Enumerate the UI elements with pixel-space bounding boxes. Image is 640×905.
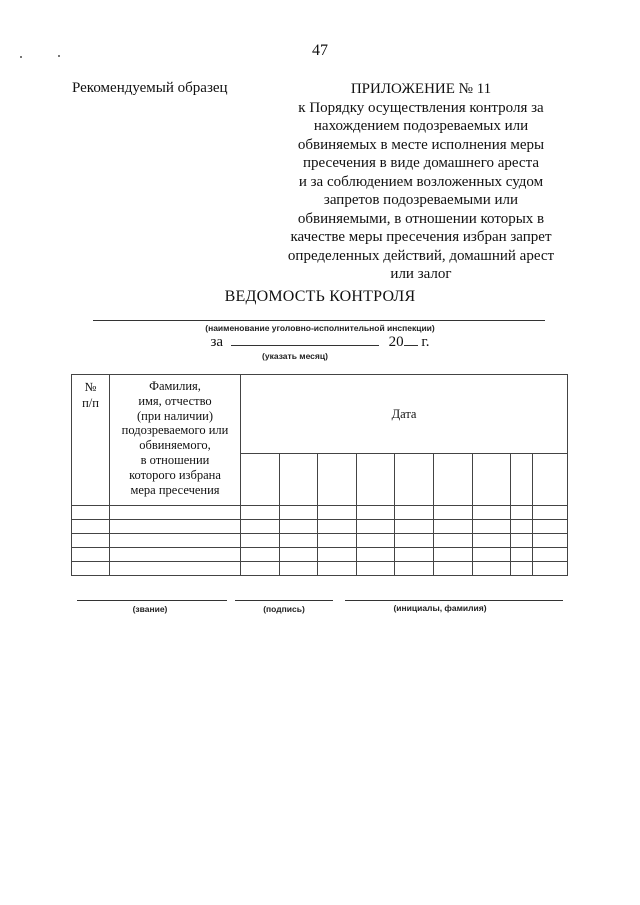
- date-cell[interactable]: [511, 520, 533, 534]
- date-cell[interactable]: [511, 562, 533, 576]
- date-cell[interactable]: [241, 548, 280, 562]
- table-row: [72, 534, 568, 548]
- form-title: ВЕДОМОСТЬ КОНТРОЛЯ: [0, 288, 640, 306]
- date-subcolumn[interactable]: [241, 454, 280, 506]
- appendix-line: к Порядку осуществления контроля за: [262, 99, 580, 118]
- date-cell[interactable]: [318, 534, 357, 548]
- date-cell[interactable]: [395, 506, 434, 520]
- header-full-name: Фамилия, имя, отчество (при наличии) под…: [110, 375, 241, 506]
- date-cell[interactable]: [473, 506, 511, 520]
- date-cell[interactable]: [357, 506, 395, 520]
- date-subcolumn[interactable]: [395, 454, 434, 506]
- month-caption: (указать месяц): [230, 351, 360, 361]
- year-suffix: г.: [421, 334, 429, 350]
- date-cell[interactable]: [318, 548, 357, 562]
- date-cell[interactable]: [318, 506, 357, 520]
- date-subcolumn[interactable]: [473, 454, 511, 506]
- date-cell[interactable]: [280, 562, 318, 576]
- signature-field[interactable]: [235, 600, 333, 601]
- date-subcolumn[interactable]: [434, 454, 473, 506]
- header-date: Дата: [241, 375, 568, 454]
- date-cell[interactable]: [533, 534, 568, 548]
- date-cell[interactable]: [241, 562, 280, 576]
- header-name-line: подозреваемого или: [110, 423, 240, 438]
- date-cell[interactable]: [357, 562, 395, 576]
- rank-field[interactable]: [77, 600, 227, 601]
- header-name-line: которого избрана: [110, 468, 240, 483]
- full-name-cell[interactable]: [110, 534, 241, 548]
- date-cell[interactable]: [357, 548, 395, 562]
- date-cell[interactable]: [357, 520, 395, 534]
- header-name-line: имя, отчество: [110, 394, 240, 409]
- full-name-cell[interactable]: [110, 562, 241, 576]
- date-subcolumn[interactable]: [533, 454, 568, 506]
- appendix-line: и за соблюдением возложенных судом: [262, 173, 580, 192]
- date-cell[interactable]: [318, 520, 357, 534]
- date-cell[interactable]: [434, 548, 473, 562]
- row-number-cell[interactable]: [72, 506, 110, 520]
- rank-caption: (звание): [100, 604, 200, 614]
- control-table: № п/п Фамилия, имя, отчество (при наличи…: [71, 374, 568, 576]
- period-prefix: за: [210, 334, 223, 350]
- full-name-cell[interactable]: [110, 548, 241, 562]
- header-name-line: в отношении: [110, 453, 240, 468]
- inspection-name-caption: (наименование уголовно-исполнительной ин…: [0, 323, 640, 333]
- signature-caption: (подпись): [234, 604, 334, 614]
- header-name-line: обвиняемого,: [110, 438, 240, 453]
- date-cell[interactable]: [533, 562, 568, 576]
- appendix-heading: ПРИЛОЖЕНИЕ № 11: [262, 80, 580, 99]
- date-cell[interactable]: [280, 548, 318, 562]
- date-cell[interactable]: [434, 520, 473, 534]
- appendix-line: нахождением подозреваемых или: [262, 117, 580, 136]
- year-field[interactable]: [404, 345, 418, 346]
- date-cell[interactable]: [473, 562, 511, 576]
- date-cell[interactable]: [511, 548, 533, 562]
- row-number-cell[interactable]: [72, 534, 110, 548]
- table-row: [72, 520, 568, 534]
- date-cell[interactable]: [434, 534, 473, 548]
- date-cell[interactable]: [511, 534, 533, 548]
- date-cell[interactable]: [473, 520, 511, 534]
- recommended-sample-label: Рекомендуемый образец: [72, 80, 228, 97]
- full-name-cell[interactable]: [110, 506, 241, 520]
- date-cell[interactable]: [241, 520, 280, 534]
- table-row: [72, 506, 568, 520]
- date-cell[interactable]: [395, 548, 434, 562]
- appendix-line: запретов подозреваемыми или: [262, 191, 580, 210]
- row-number-cell[interactable]: [72, 548, 110, 562]
- date-cell[interactable]: [357, 534, 395, 548]
- date-subcolumn[interactable]: [280, 454, 318, 506]
- date-cell[interactable]: [533, 548, 568, 562]
- inspection-name-field[interactable]: [93, 320, 545, 321]
- date-cell[interactable]: [280, 520, 318, 534]
- header-name-line: (при наличии): [110, 409, 240, 424]
- date-cell[interactable]: [280, 534, 318, 548]
- period-row: за 20 г.: [0, 334, 640, 351]
- header-name-line: Фамилия,: [110, 379, 240, 394]
- appendix-line: пресечения в виде домашнего ареста: [262, 154, 580, 173]
- appendix-line: обвиняемыми, в отношении которых в: [262, 210, 580, 229]
- table-row: [72, 562, 568, 576]
- full-name-cell[interactable]: [110, 520, 241, 534]
- month-field[interactable]: [231, 345, 379, 346]
- name-caption: (инициалы, фамилия): [350, 603, 530, 613]
- appendix-line: обвиняемых в месте исполнения меры: [262, 136, 580, 155]
- date-cell[interactable]: [473, 548, 511, 562]
- appendix-line: или залог: [262, 265, 580, 284]
- year-prefix: 20: [389, 334, 404, 350]
- table-row: [72, 548, 568, 562]
- appendix-line: определенных действий, домашний арест: [262, 247, 580, 266]
- date-cell[interactable]: [434, 562, 473, 576]
- appendix-block: ПРИЛОЖЕНИЕ № 11 к Порядку осуществления …: [262, 80, 580, 284]
- date-cell[interactable]: [533, 520, 568, 534]
- date-cell[interactable]: [511, 506, 533, 520]
- header-name-line: мера пресечения: [110, 483, 240, 498]
- date-cell[interactable]: [241, 506, 280, 520]
- date-cell[interactable]: [395, 534, 434, 548]
- date-cell[interactable]: [434, 506, 473, 520]
- date-subcolumn[interactable]: [511, 454, 533, 506]
- date-cell[interactable]: [533, 506, 568, 520]
- date-cell[interactable]: [395, 562, 434, 576]
- header-number-line: №: [72, 379, 109, 395]
- date-cell[interactable]: [280, 506, 318, 520]
- row-number-cell[interactable]: [72, 562, 110, 576]
- page-number: 47: [0, 42, 640, 60]
- date-cell[interactable]: [473, 534, 511, 548]
- date-cell[interactable]: [318, 562, 357, 576]
- row-number-cell[interactable]: [72, 520, 110, 534]
- name-field[interactable]: [345, 600, 563, 601]
- date-cell[interactable]: [241, 534, 280, 548]
- header-number-line: п/п: [72, 395, 109, 411]
- date-subcolumn[interactable]: [357, 454, 395, 506]
- date-cell[interactable]: [395, 520, 434, 534]
- appendix-line: качестве меры пресечения избран запрет: [262, 228, 580, 247]
- header-number: № п/п: [72, 375, 110, 506]
- date-subcolumn[interactable]: [318, 454, 357, 506]
